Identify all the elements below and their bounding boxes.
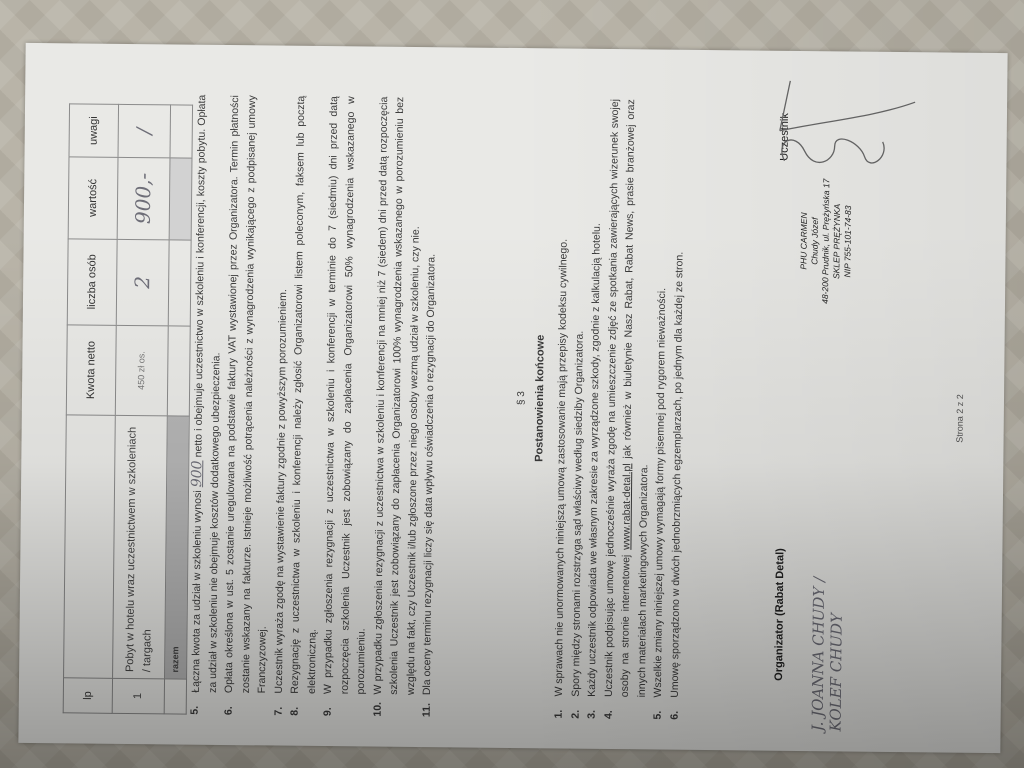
row-notes: / [118, 104, 171, 158]
header-persons: liczba osób [67, 238, 117, 325]
cost-table: lp Kwota netto liczba osób wartość uwagi… [63, 103, 193, 714]
clause-item: 10.W przypadku zgłoszenia rezygnacji z u… [369, 97, 425, 717]
document-page: lp Kwota netto liczba osób wartość uwagi… [18, 43, 1007, 753]
handwritten-amount: 900 [189, 460, 205, 487]
final-clauses-list: 1.W sprawach nie unormowanych niniejszą … [551, 98, 689, 719]
clause-item: 9.W przypadku zgłoszenia rezygnacji z uc… [320, 96, 376, 716]
row-value: 900,- [117, 157, 170, 239]
row-amount: 450 zł os. [115, 325, 168, 416]
total-persons [168, 239, 190, 326]
clauses-list: 5. Łączna kwota za udział w szkoleniu wy… [187, 95, 442, 718]
website-link[interactable]: www.rabat-detal.pl [620, 463, 633, 549]
header-lp: lp [63, 678, 112, 714]
row-description: Pobyt w hotelu wraz uczestnictwem w szko… [113, 415, 168, 679]
table-row: 1 Pobyt w hotelu wraz uczestnictwem w sz… [112, 104, 170, 714]
header-description [64, 415, 116, 678]
page-number: Strona 2 z 2 [952, 394, 969, 443]
organizer-label: Organizator (Rabat Detal) [771, 548, 789, 681]
document-paper: lp Kwota netto liczba osób wartość uwagi… [18, 43, 1007, 753]
header-amount: Kwota netto [66, 325, 116, 416]
company-stamp: PHU CARMEN Chudy Józef 48-200 Prudnik, u… [798, 151, 855, 332]
header-value: wartość [68, 157, 118, 239]
total-value [169, 158, 191, 240]
clause-item: 6.Opłata określona w ust. 5 zostanie ure… [221, 95, 277, 715]
total-lp [164, 679, 186, 714]
table-header-row: lp Kwota netto liczba osób wartość uwagi [63, 104, 118, 713]
header-notes: uwagi [69, 104, 119, 157]
row-lp: 1 [112, 678, 164, 714]
total-notes [170, 105, 192, 158]
final-clause-item: 4. Uczestnik podpisując umowę jednocześn… [600, 99, 656, 719]
total-label: razem [165, 416, 189, 679]
total-amount [167, 326, 189, 416]
row-persons: 2 [116, 239, 169, 326]
organizer-handwritten-signature: J. JOANNA CHUDY / KOLEF CHUDY [809, 531, 847, 731]
